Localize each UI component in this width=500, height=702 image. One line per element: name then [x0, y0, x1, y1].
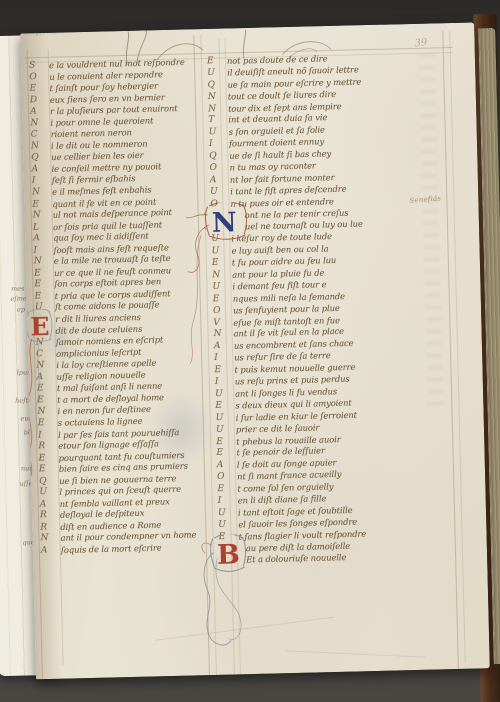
line-initial-letter: I	[38, 430, 58, 442]
line-initial-letter: U	[215, 389, 235, 401]
line-initial-letter: O	[213, 305, 233, 317]
line-initial-letter: N	[37, 406, 57, 418]
page-fragment-text: mes	[11, 284, 25, 292]
line-initial-letter: E	[217, 484, 237, 496]
line-initial-letter: O	[29, 71, 49, 83]
line-text: not pas doute de ce dire	[227, 53, 328, 67]
line-initial-letter: N	[212, 270, 232, 282]
line-initial-letter: A	[210, 175, 230, 187]
line-initial-letter: E	[35, 291, 55, 303]
line-initial-letter: N	[30, 118, 50, 130]
line-initial-letter: Q	[39, 476, 59, 488]
line-initial-letter: R	[38, 441, 58, 453]
line-text: ue de ſi hault ſi bas chey	[229, 148, 331, 162]
line-text: nt lor fait fortune monter	[230, 172, 335, 186]
line-initial-letter: N	[213, 329, 233, 341]
line-initial-letter: I	[218, 495, 238, 507]
line-initial-letter: V	[213, 317, 233, 329]
line-initial-letter: E	[212, 258, 232, 270]
line-text: l ſe doit au ſonge apuier	[237, 458, 337, 472]
line-initial-letter: E	[216, 436, 236, 448]
line-initial-letter: N	[33, 210, 53, 222]
line-initial-letter: E	[38, 453, 58, 465]
line-initial-letter: A	[30, 106, 50, 118]
line-initial-letter: D	[30, 94, 50, 106]
initial-letter: B	[217, 539, 241, 571]
line-text: i la loy creſtienne apelle	[56, 358, 156, 372]
line-text: ant li ſonges li fu vendus	[235, 386, 337, 400]
line-initial-letter: Q	[207, 80, 227, 92]
line-initial-letter: R	[40, 522, 60, 534]
column-left: Se la vouldrent nul mot reſpondreOu le c…	[29, 56, 211, 557]
line-text: t come fol ſen orguielly	[237, 481, 333, 495]
line-initial-letter: U	[207, 67, 227, 79]
line-initial-letter: N	[40, 533, 60, 545]
line-initial-letter: C	[36, 348, 56, 360]
line-text: ant pour la pluie fu de	[232, 267, 324, 281]
column-right: Enot pas doute de ce direUil deuiſiſt an…	[207, 50, 459, 567]
line-initial-letter: E	[215, 400, 235, 412]
line-initial-letter: U	[218, 519, 238, 531]
folio-number: 39	[414, 37, 428, 49]
line-initial-letter: U	[210, 186, 230, 198]
line-initial-letter: A	[31, 164, 51, 176]
line-initial-letter: I	[215, 376, 235, 388]
line-initial-letter: E	[37, 383, 57, 395]
line-initial-letter: E	[37, 395, 57, 407]
line-initial-letter: E	[34, 279, 54, 291]
line-initial-letter: N	[208, 91, 228, 103]
line-initial-letter: L	[33, 222, 53, 234]
line-initial-letter: U	[39, 487, 59, 499]
line-text: ue cellier bien les oier	[51, 150, 144, 164]
parchment-crease	[286, 650, 426, 657]
line-initial-letter: A	[33, 233, 53, 245]
line-initial-letter: U	[216, 424, 236, 436]
line-initial-letter: E	[38, 418, 58, 430]
line-initial-letter: N	[32, 187, 52, 199]
line-initial-letter: E	[216, 448, 236, 460]
line-text: Et a dolouriuſe nouuelle	[246, 552, 346, 566]
line-initial-letter: E	[214, 365, 234, 377]
decorated-initial-n: N	[203, 202, 250, 245]
line-initial-letter: O	[209, 162, 229, 174]
line-initial-letter: Q	[31, 152, 51, 164]
initial-letter: E	[30, 312, 50, 341]
line-initial-letter: I	[32, 176, 52, 188]
decorated-initial-b: B	[209, 534, 250, 577]
line-initial-letter: U	[209, 127, 229, 139]
line-text: ſoquis de la mort eſcrire	[61, 542, 162, 556]
page-fragment-text: ep	[17, 305, 25, 313]
line-text: diſt en audience a Rome	[60, 519, 161, 533]
line-initial-letter: N	[208, 103, 228, 115]
line-initial-letter: A	[40, 499, 60, 511]
line-initial-letter: C	[31, 129, 51, 141]
line-initial-letter: N	[36, 360, 56, 372]
manuscript-photograph: { "folio_number": "39", "header_inscript…	[0, 0, 500, 702]
line-initial-letter: E	[39, 464, 59, 476]
line-initial-letter: U	[212, 281, 232, 293]
line-text: s ſon orguieil et ſa folie	[229, 125, 325, 139]
line-text: i en neron fur deſtinee	[57, 404, 151, 418]
line-initial-letter: E	[32, 199, 52, 211]
line-initial-letter: U	[211, 246, 231, 258]
line-initial-letter: U	[216, 412, 236, 424]
manuscript-page: ſermans 39 Senefiãs Se la vouldrent nul …	[20, 22, 490, 679]
book: meseſmeepĩpusheſtreeurblnuusuſſentquella…	[0, 18, 500, 683]
parchment-crease	[155, 617, 334, 641]
line-initial-letter: R	[40, 510, 60, 522]
header-inscription: ſermans	[36, 27, 65, 37]
line-initial-letter: I	[209, 139, 229, 151]
line-initial-letter: A	[41, 545, 61, 557]
line-initial-letter: A	[214, 341, 234, 353]
decorated-initial-e: E	[25, 309, 56, 348]
line-initial-letter: N	[31, 141, 51, 153]
line-initial-letter: Q	[209, 151, 229, 163]
line-initial-letter: I	[214, 353, 234, 365]
line-initial-letter: E	[207, 56, 227, 68]
line-text: feſt ſi fermir eſbahis	[52, 174, 136, 188]
line-initial-letter: T	[208, 115, 228, 127]
line-initial-letter: E	[213, 294, 233, 306]
initial-letter: N	[212, 207, 237, 239]
line-text: rioient neron neron	[51, 127, 132, 141]
line-initial-letter: S	[29, 60, 49, 72]
line-initial-letter: I	[33, 245, 53, 257]
line-initial-letter: E	[34, 268, 54, 280]
line-initial-letter: N	[34, 256, 54, 268]
line-initial-letter: O	[217, 472, 237, 484]
line-initial-letter: A	[36, 372, 56, 384]
page-fragment-text: eſme	[10, 294, 26, 302]
line-initial-letter: U	[218, 507, 238, 519]
line-initial-letter: E	[29, 83, 49, 95]
line-text: e luy auiſt ben ou col la	[231, 244, 328, 258]
line-text: t phebus la rouaille auoir	[236, 434, 341, 448]
line-initial-letter: A	[217, 460, 237, 472]
line-text: r dit li liures anciens	[55, 312, 141, 326]
